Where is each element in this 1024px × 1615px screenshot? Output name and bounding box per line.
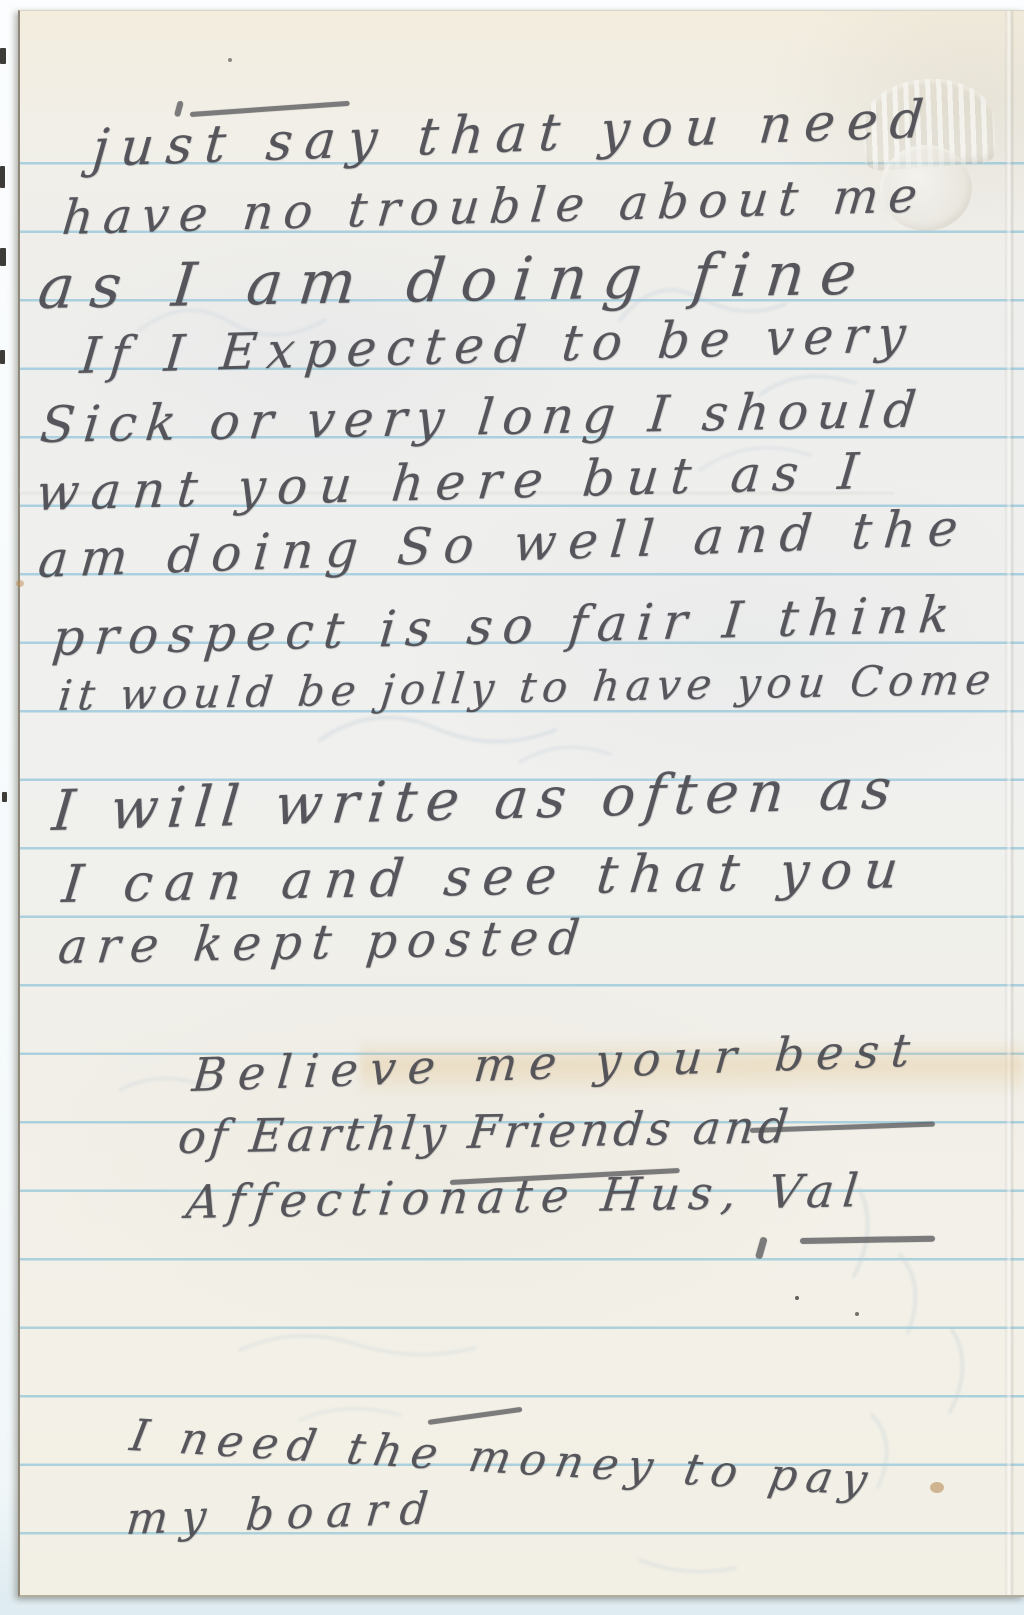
paper-speck (16, 580, 24, 587)
paper-speck (930, 1482, 944, 1493)
paper-edge-mark (0, 166, 5, 188)
marks-layer (0, 0, 1024, 1615)
scanned-letter-page: just say that you needhave no trouble ab… (0, 0, 1024, 1615)
paper-speck (228, 58, 232, 62)
paper-edge-mark (2, 792, 7, 802)
paper-edge-mark (0, 350, 5, 364)
paper-speck (855, 1312, 859, 1316)
paper-edge-mark (0, 248, 6, 266)
paper-speck (795, 1296, 799, 1300)
paper-edge-mark (0, 48, 6, 64)
